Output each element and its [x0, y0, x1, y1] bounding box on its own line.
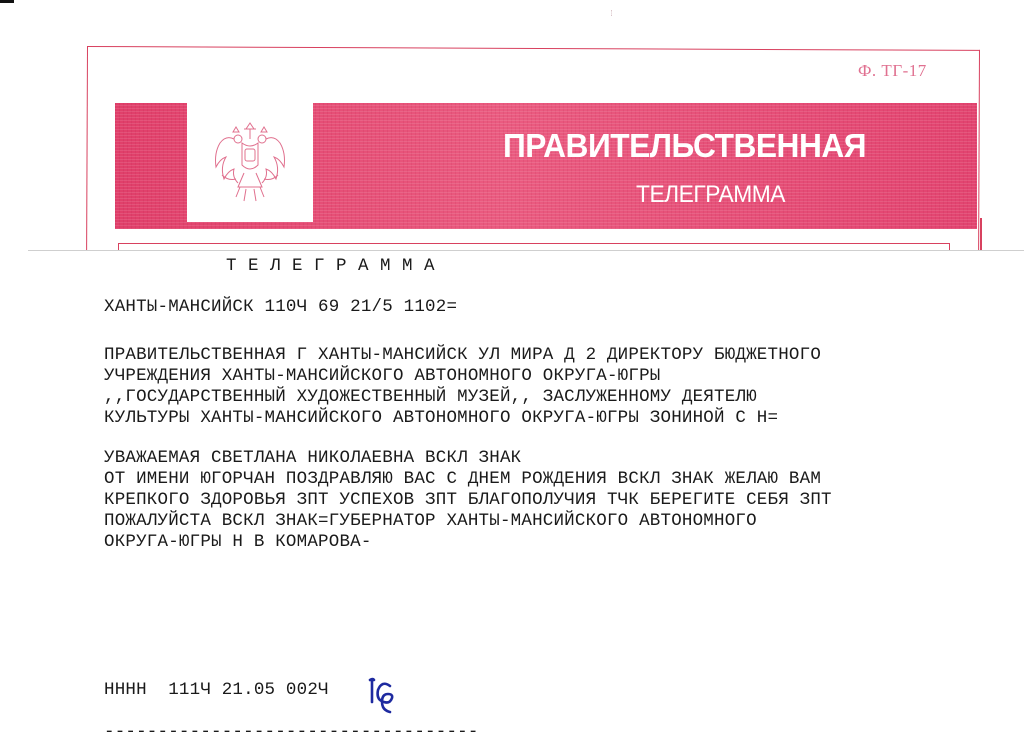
- address-line: ПРАВИТЕЛЬСТВЕННАЯ Г ХАНТЫ-МАНСИЙСК УЛ МИ…: [104, 345, 821, 365]
- body-line: КРЕПКОГО ЗДОРОВЬЯ ЗПТ УСПЕХОВ ЗПТ БЛАГОП…: [104, 490, 832, 510]
- body-line: УВАЖАЕМАЯ СВЕТЛАНА НИКОЛАЕВНА ВСКЛ ЗНАК: [104, 448, 521, 468]
- footer-service-line: НННН 111Ч 21.05 002Ч: [104, 680, 329, 700]
- body-line: ОТ ИМЕНИ ЮГОРЧАН ПОЗДРАВЛЯЮ ВАС С ДНЕМ Р…: [104, 469, 821, 489]
- emblem-box: [187, 103, 313, 222]
- address-line: КУЛЬТУРЫ ХАНТЫ-МАНСИЙСКОГО АВТОНОМНОГО О…: [104, 408, 778, 428]
- government-banner: ПРАВИТЕЛЬСТВЕННАЯ ТЕЛЕГРАММА: [115, 103, 977, 229]
- scan-corner-mark: [0, 0, 14, 3]
- origin-line: ХАНТЫ-МАНСИЙСК 110Ч 69 21/5 1102=: [104, 297, 457, 317]
- form-code: Ф. ТГ-17: [858, 61, 927, 81]
- body-line: ОКРУГА-ЮГРЫ Н В КОМАРОВА-: [104, 532, 372, 552]
- handwritten-signature-icon: [366, 676, 400, 714]
- dash-rule: -----------------------------------: [104, 722, 479, 739]
- russian-double-headed-eagle-icon: [208, 117, 292, 209]
- banner-title: ПРАВИТЕЛЬСТВЕННАЯ: [503, 127, 866, 165]
- body-line: ПОЖАЛУЙСТА ВСКЛ ЗНАК=ГУБЕРНАТОР ХАНТЫ-МА…: [104, 511, 757, 531]
- address-line: ,,ГОСУДАРСТВЕННЫЙ ХУДОЖЕСТВЕННЫЙ МУЗЕЙ,,…: [104, 387, 757, 407]
- telegram-heading: ТЕЛЕГРАММА: [226, 256, 446, 276]
- scan-speck: ⁞: [609, 10, 611, 20]
- address-line: УЧРЕЖДЕНИЯ ХАНТЫ-МАНСИЙСКОГО АВТОНОМНОГО…: [104, 366, 661, 386]
- banner-subtitle: ТЕЛЕГРАММА: [636, 181, 785, 209]
